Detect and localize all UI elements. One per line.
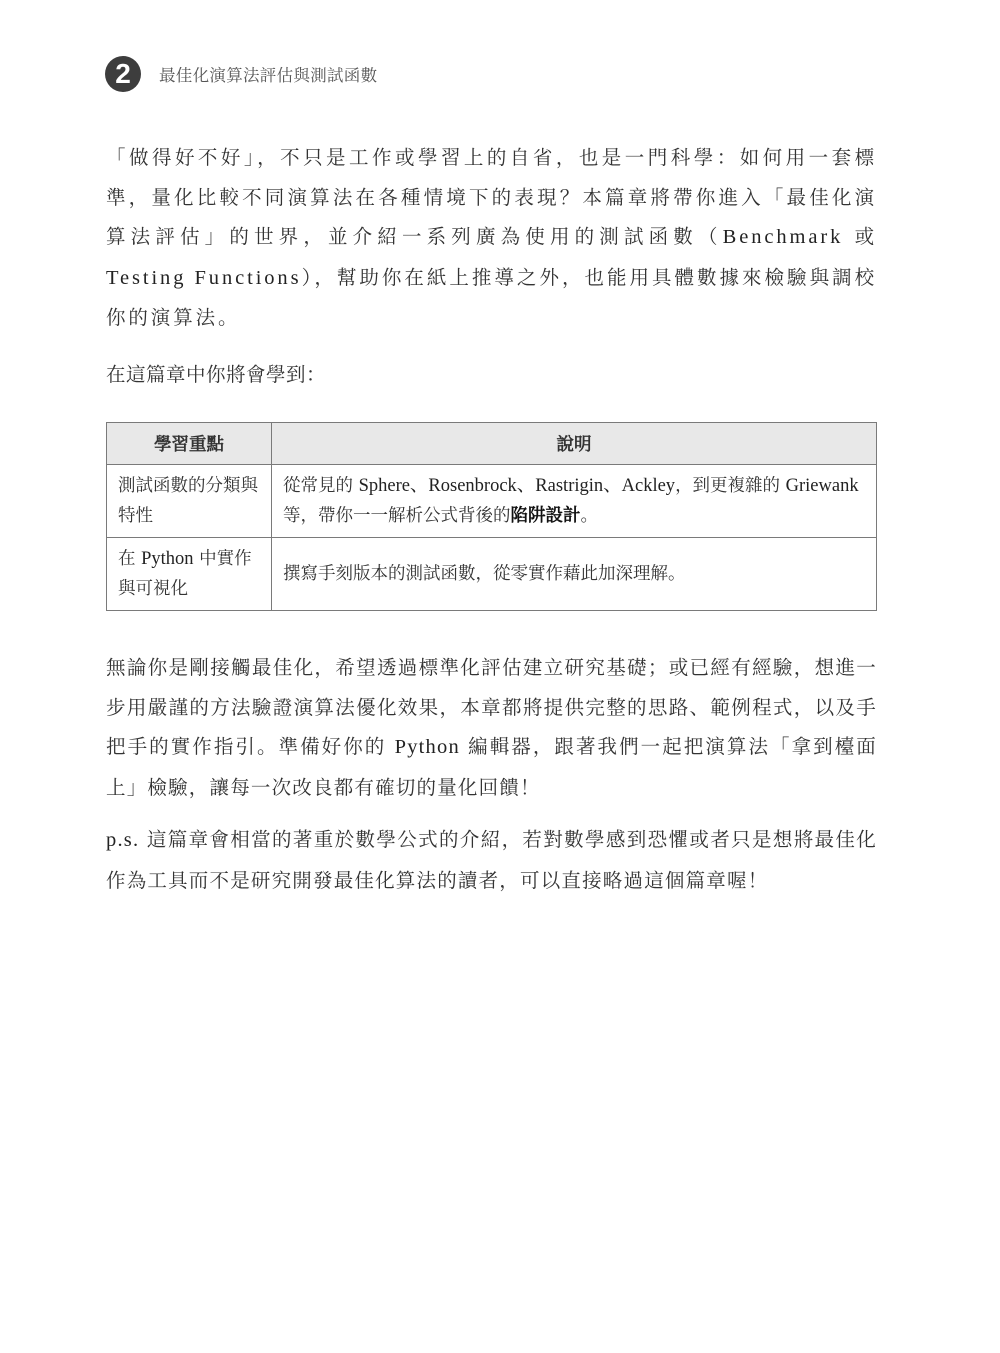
ps-text: 這篇章會相當的著重於數學公式的介紹，若對數學感到恐懼或者只是想將最佳化作為工具而… <box>106 828 877 892</box>
page-content: 「做得好不好」，不只是工作或學習上的自省，也是一門科學：如何用一套標準，量化比較… <box>106 138 877 900</box>
ps-note: p.s. 這篇章會相當的著重於數學公式的介紹，若對數學感到恐懼或者只是想將最佳化… <box>106 820 877 900</box>
desc-text: 從常見的 <box>283 476 359 496</box>
table-row: 測試函數的分類與特性 從常見的 Sphere、Rosenbrock、Rastri… <box>107 465 877 538</box>
table-row: 在 Python 中實作與可視化 撰寫手刻版本的測試函數，從零實作藉此加深理解。 <box>107 538 877 611</box>
ps-label: p.s. <box>106 829 139 851</box>
desc-text: ，到更複雜的 <box>675 476 786 496</box>
cell-learning-point: 測試函數的分類與特性 <box>107 465 272 538</box>
intro-paragraph: 「做得好不好」，不只是工作或學習上的自省，也是一門科學：如何用一套標準，量化比較… <box>106 138 877 338</box>
cell-description: 從常見的 Sphere、Rosenbrock、Rastrigin、Ackley，… <box>272 465 877 538</box>
intro-term-benchmark: Benchmark <box>723 226 844 248</box>
table-header-row: 學習重點 說明 <box>107 423 877 465</box>
desc-text: 等，帶你一一解析公式背後的 <box>283 506 511 526</box>
body-term-python: Python <box>395 736 460 758</box>
body-paragraph: 無論你是剛接觸最佳化，希望透過標準化評估建立研究基礎；或已經有經驗，想進一步用嚴… <box>106 648 877 807</box>
chapter-header: 2 最佳化演算法評估與測試函數 <box>105 55 377 93</box>
chapter-title: 最佳化演算法評估與測試函數 <box>159 62 377 86</box>
desc-function-names: Sphere、Rosenbrock、Rastrigin、Ackley <box>359 476 676 496</box>
learning-points-table: 學習重點 說明 測試函數的分類與特性 從常見的 Sphere、Rosenbroc… <box>106 422 877 611</box>
lead-sentence: 在這篇章中你將會學到： <box>106 355 877 395</box>
column-header-learning-point: 學習重點 <box>107 423 272 465</box>
cell-description: 撰寫手刻版本的測試函數，從零實作藉此加深理解。 <box>272 538 877 611</box>
point-text: 在 <box>118 549 141 569</box>
cell-learning-point: 在 Python 中實作與可視化 <box>107 538 272 611</box>
column-header-description: 說明 <box>272 423 877 465</box>
intro-text-2: 或 <box>843 225 877 248</box>
intro-term-testing-functions: Testing Functions <box>106 267 301 289</box>
chapter-number-badge: 2 <box>105 56 141 92</box>
point-term-python: Python <box>141 549 193 569</box>
desc-emphasis: 陷阱設計 <box>511 506 581 526</box>
desc-text: 。 <box>581 506 599 526</box>
desc-function-griewank: Griewank <box>786 476 859 496</box>
